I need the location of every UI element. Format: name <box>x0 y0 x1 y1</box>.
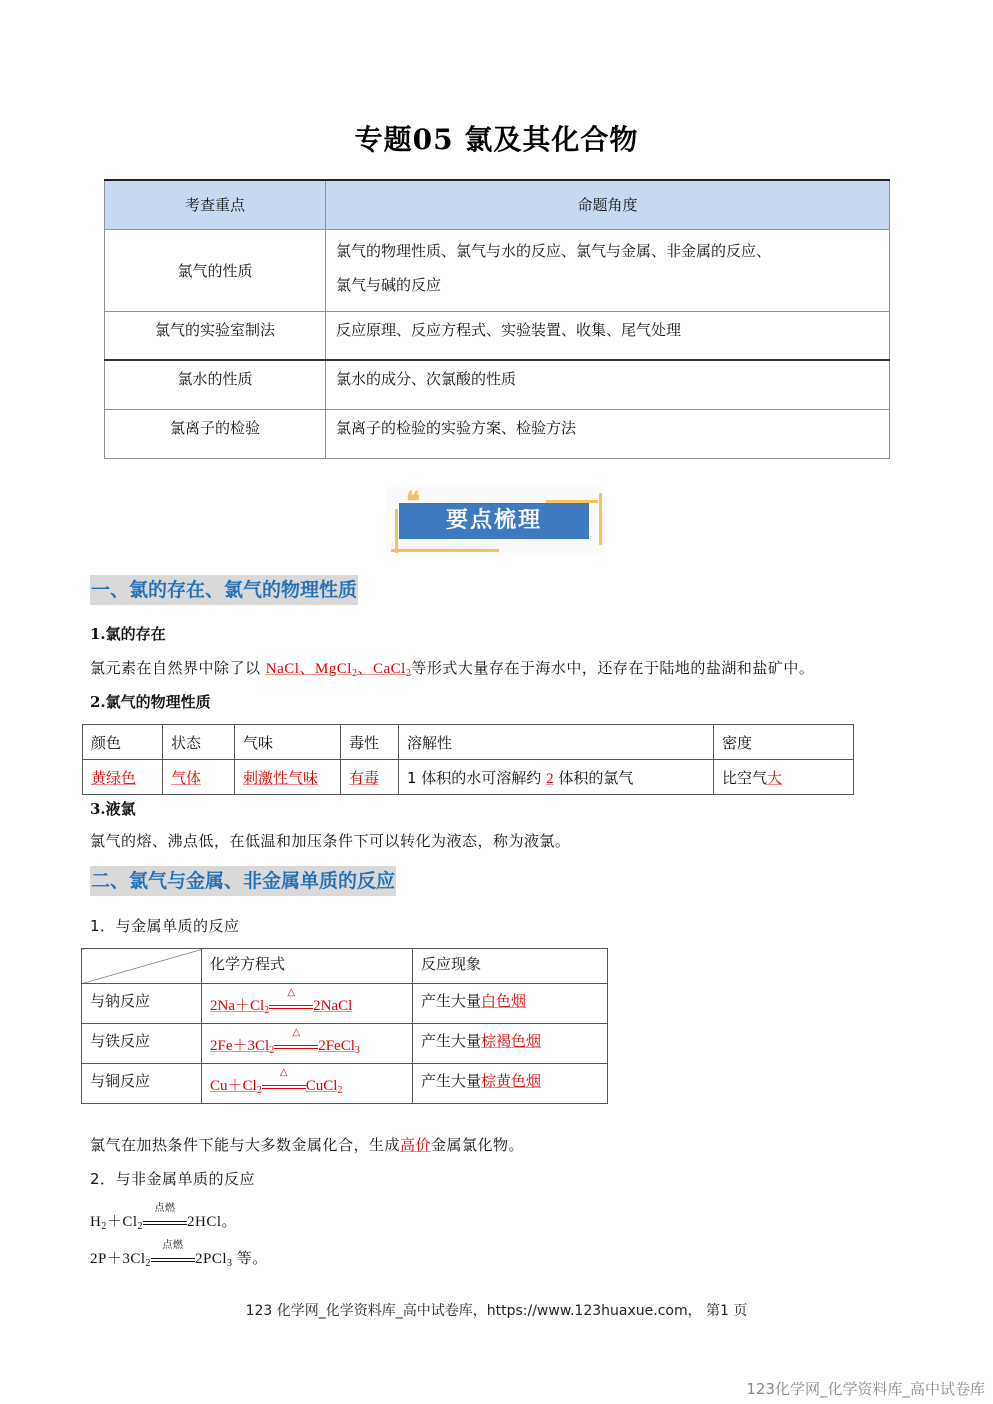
header-focus: 考查重点 <box>105 180 326 229</box>
reaction-label: 与铁反应 <box>82 1024 202 1064</box>
existence-paragraph: 氯元素在自然界中除了以 NaCl、MgCl2、CaCl2等形式大量存在于海水中，… <box>90 657 814 679</box>
subscript: 3 <box>355 1045 360 1056</box>
document-title: 专题05 氯及其化合物 <box>0 118 993 158</box>
text: 2Fe＋3Cl <box>210 1038 269 1054</box>
equation-p-cl2: 2P＋3Cl2点燃2PCl3 等。 <box>90 1247 268 1269</box>
subheading-nonmetal-reaction: 2．与非金属单质的反应 <box>90 1168 255 1189</box>
subheading-metal-reaction: 1．与金属单质的反应 <box>90 915 240 936</box>
text: 2NaCl <box>313 998 352 1014</box>
metal-reaction-note: 氯气在加热条件下能与大多数金属化合，生成高价金属氯化物。 <box>90 1134 524 1155</box>
banner-accent-line <box>391 549 499 552</box>
subheading-liquid-chlorine: 3.液氯 <box>90 798 136 819</box>
section-heading-2: 二、氯气与金属、非金属单质的反应 <box>90 866 396 896</box>
answer-blank: 棕黄色烟 <box>481 1072 541 1090</box>
metal-reaction-table: 化学方程式 反应现象 与钠反应 2Na＋Cl2△2NaCl 产生大量白色烟 与铁… <box>81 948 608 1104</box>
table-row: 与铜反应 Cu＋Cl2△CuCl2 产生大量棕黄色烟 <box>82 1064 608 1104</box>
value-solubility: 1 体积的水可溶解约 2 体积的氯气 <box>399 760 714 795</box>
banner-accent-line <box>599 493 602 545</box>
header-color: 颜色 <box>83 725 163 760</box>
header-density: 密度 <box>714 725 854 760</box>
reaction-label: 与钠反应 <box>82 984 202 1024</box>
subheading-physical: 2.氯气的物理性质 <box>90 691 211 712</box>
equals-arrow: △ <box>269 1002 313 1012</box>
text: Cu＋Cl <box>210 1078 257 1094</box>
overview-table: 考查重点 命题角度 氯气的性质 氯气的物理性质、氯气与水的反应、氯气与金属、非金… <box>104 179 890 459</box>
focus-cell: 氯水的性质 <box>105 360 326 409</box>
phenomenon-cell: 产生大量棕褐色烟 <box>413 1024 608 1064</box>
table-header-row: 颜色 状态 气味 毒性 溶解性 密度 <box>83 725 854 760</box>
header-equation: 化学方程式 <box>202 949 413 984</box>
heat-triangle-icon: △ <box>274 1028 318 1038</box>
text: 2P＋3Cl <box>90 1251 146 1267</box>
text: H <box>90 1214 101 1230</box>
text: 产生大量 <box>421 1032 481 1050</box>
table-row: 氯气的实验室制法 反应原理、反应方程式、实验装置、收集、尾气处理 <box>105 311 890 360</box>
header-angle: 命题角度 <box>326 180 890 229</box>
subscript: 2 <box>337 1085 342 1096</box>
physical-properties-table: 颜色 状态 气味 毒性 溶解性 密度 黄绿色 气体 刺激性气味 有毒 1 体积的… <box>82 724 854 795</box>
banner-accent-line <box>395 509 398 553</box>
angle-cell: 氯水的成分、次氯酸的性质 <box>326 360 890 409</box>
text: 产生大量 <box>421 992 481 1010</box>
phenomenon-cell: 产生大量白色烟 <box>413 984 608 1024</box>
text: 等。 <box>233 1251 268 1267</box>
answer-blank: 气体 <box>171 769 201 787</box>
text: 2HCl <box>187 1214 222 1230</box>
answer-blank: 黄绿色 <box>91 769 136 787</box>
text: CuCl <box>306 1078 338 1094</box>
value-color: 黄绿色 <box>83 760 163 795</box>
equation-h2-cl2: H2＋Cl2点燃2HCl。 <box>90 1210 237 1232</box>
equals-arrow: △ <box>262 1082 306 1092</box>
header-odor: 气味 <box>235 725 341 760</box>
focus-cell: 氯离子的检验 <box>105 409 326 458</box>
header-toxicity: 毒性 <box>341 725 399 760</box>
text: 氯气在加热条件下能与大多数金属化合，生成 <box>90 1136 400 1154</box>
answer-blank: 大 <box>767 769 782 787</box>
text: 金属氯化物。 <box>431 1136 524 1154</box>
table-row: 氯水的性质 氯水的成分、次氯酸的性质 <box>105 360 890 409</box>
text: 产生大量 <box>421 1072 481 1090</box>
chemical-equation: 2Fe＋3Cl2△2FeCl3 <box>210 1038 360 1054</box>
text: 、CaCl <box>357 661 405 677</box>
angle-cell: 反应原理、反应方程式、实验装置、收集、尾气处理 <box>326 311 890 360</box>
ignition-condition: 点燃 <box>143 1204 187 1214</box>
watermark: 123化学网_化学资料库_高中试卷库 <box>746 1378 985 1399</box>
text: 1 体积的水可溶解约 <box>407 769 546 787</box>
chemical-equation: 2Na＋Cl2△2NaCl <box>210 998 352 1014</box>
banner-label: 要点梳理 <box>399 503 589 539</box>
liquid-chlorine-paragraph: 氯气的熔、沸点低，在低温和加压条件下可以转化为液态，称为液氯。 <box>90 830 571 851</box>
answer-blank: 2 <box>546 771 554 787</box>
answer-blank: 有毒 <box>349 769 379 787</box>
text: 2Na＋Cl <box>210 998 264 1014</box>
text: NaCl、MgCl <box>266 661 352 677</box>
answer-blank: NaCl、MgCl2、CaCl2 <box>266 661 412 677</box>
angle-line: 氯气的物理性质、氯气与水的反应、氯气与金属、非金属的反应、 <box>336 234 889 268</box>
angle-cell: 氯离子的检验的实验方案、检验方法 <box>326 409 890 458</box>
text: 2FeCl <box>318 1038 355 1054</box>
table-header-row: 化学方程式 反应现象 <box>82 949 608 984</box>
reaction-label: 与铜反应 <box>82 1064 202 1104</box>
page-footer: 123 化学网_化学资料库_高中试卷库，https://www.123huaxu… <box>0 1300 993 1320</box>
phenomenon-cell: 产生大量棕黄色烟 <box>413 1064 608 1104</box>
value-density: 比空气大 <box>714 760 854 795</box>
table-row: 氯气的性质 氯气的物理性质、氯气与水的反应、氯气与金属、非金属的反应、 氯气与碱… <box>105 229 890 311</box>
answer-blank: 刺激性气味 <box>243 769 318 787</box>
value-odor: 刺激性气味 <box>235 760 341 795</box>
answer-blank: 高价 <box>400 1136 431 1154</box>
angle-cell: 氯气的物理性质、氯气与水的反应、氯气与金属、非金属的反应、 氯气与碱的反应 <box>326 229 890 311</box>
key-points-banner: ❝ 要点梳理 <box>386 487 604 553</box>
table-row: 黄绿色 气体 刺激性气味 有毒 1 体积的水可溶解约 2 体积的氯气 比空气大 <box>83 760 854 795</box>
text: 。 <box>222 1214 238 1230</box>
focus-cell: 氯气的性质 <box>105 229 326 311</box>
text: 等形式大量存在于海水中，还存在于陆地的盐湖和盐矿中。 <box>411 659 814 677</box>
table-row: 氯离子的检验 氯离子的检验的实验方案、检验方法 <box>105 409 890 458</box>
heat-triangle-icon: △ <box>262 1068 306 1078</box>
section-heading-1: 一、氯的存在、氯气的物理性质 <box>90 575 358 605</box>
equation-cell: Cu＋Cl2△CuCl2 <box>202 1064 413 1104</box>
value-toxicity: 有毒 <box>341 760 399 795</box>
header-state: 状态 <box>163 725 235 760</box>
subheading-existence: 1.氯的存在 <box>90 623 166 644</box>
value-state: 气体 <box>163 760 235 795</box>
angle-line: 氯气与碱的反应 <box>336 268 889 302</box>
equals-arrow: △ <box>274 1042 318 1052</box>
equals-arrow: 点燃 <box>143 1218 187 1228</box>
answer-blank: 棕褐色烟 <box>481 1032 541 1050</box>
table-row: 与钠反应 2Na＋Cl2△2NaCl 产生大量白色烟 <box>82 984 608 1024</box>
focus-cell: 氯气的实验室制法 <box>105 311 326 360</box>
equation-cell: 2Na＋Cl2△2NaCl <box>202 984 413 1024</box>
chemical-equation: Cu＋Cl2△CuCl2 <box>210 1078 342 1094</box>
equation-cell: 2Fe＋3Cl2△2FeCl3 <box>202 1024 413 1064</box>
diagonal-header-cell <box>82 949 202 984</box>
answer-blank: 白色烟 <box>481 992 526 1010</box>
ignition-condition: 点燃 <box>151 1241 195 1251</box>
overview-header-row: 考查重点 命题角度 <box>105 180 890 229</box>
text: 比空气 <box>722 769 767 787</box>
text: 体积的氯气 <box>554 769 634 787</box>
equals-arrow: 点燃 <box>151 1255 195 1265</box>
heat-triangle-icon: △ <box>269 988 313 998</box>
header-solubility: 溶解性 <box>399 725 714 760</box>
text: 2PCl <box>195 1251 227 1267</box>
text: 氯元素在自然界中除了以 <box>90 659 266 677</box>
header-phenomenon: 反应现象 <box>413 949 608 984</box>
text: ＋Cl <box>107 1214 138 1230</box>
table-row: 与铁反应 2Fe＋3Cl2△2FeCl3 产生大量棕褐色烟 <box>82 1024 608 1064</box>
